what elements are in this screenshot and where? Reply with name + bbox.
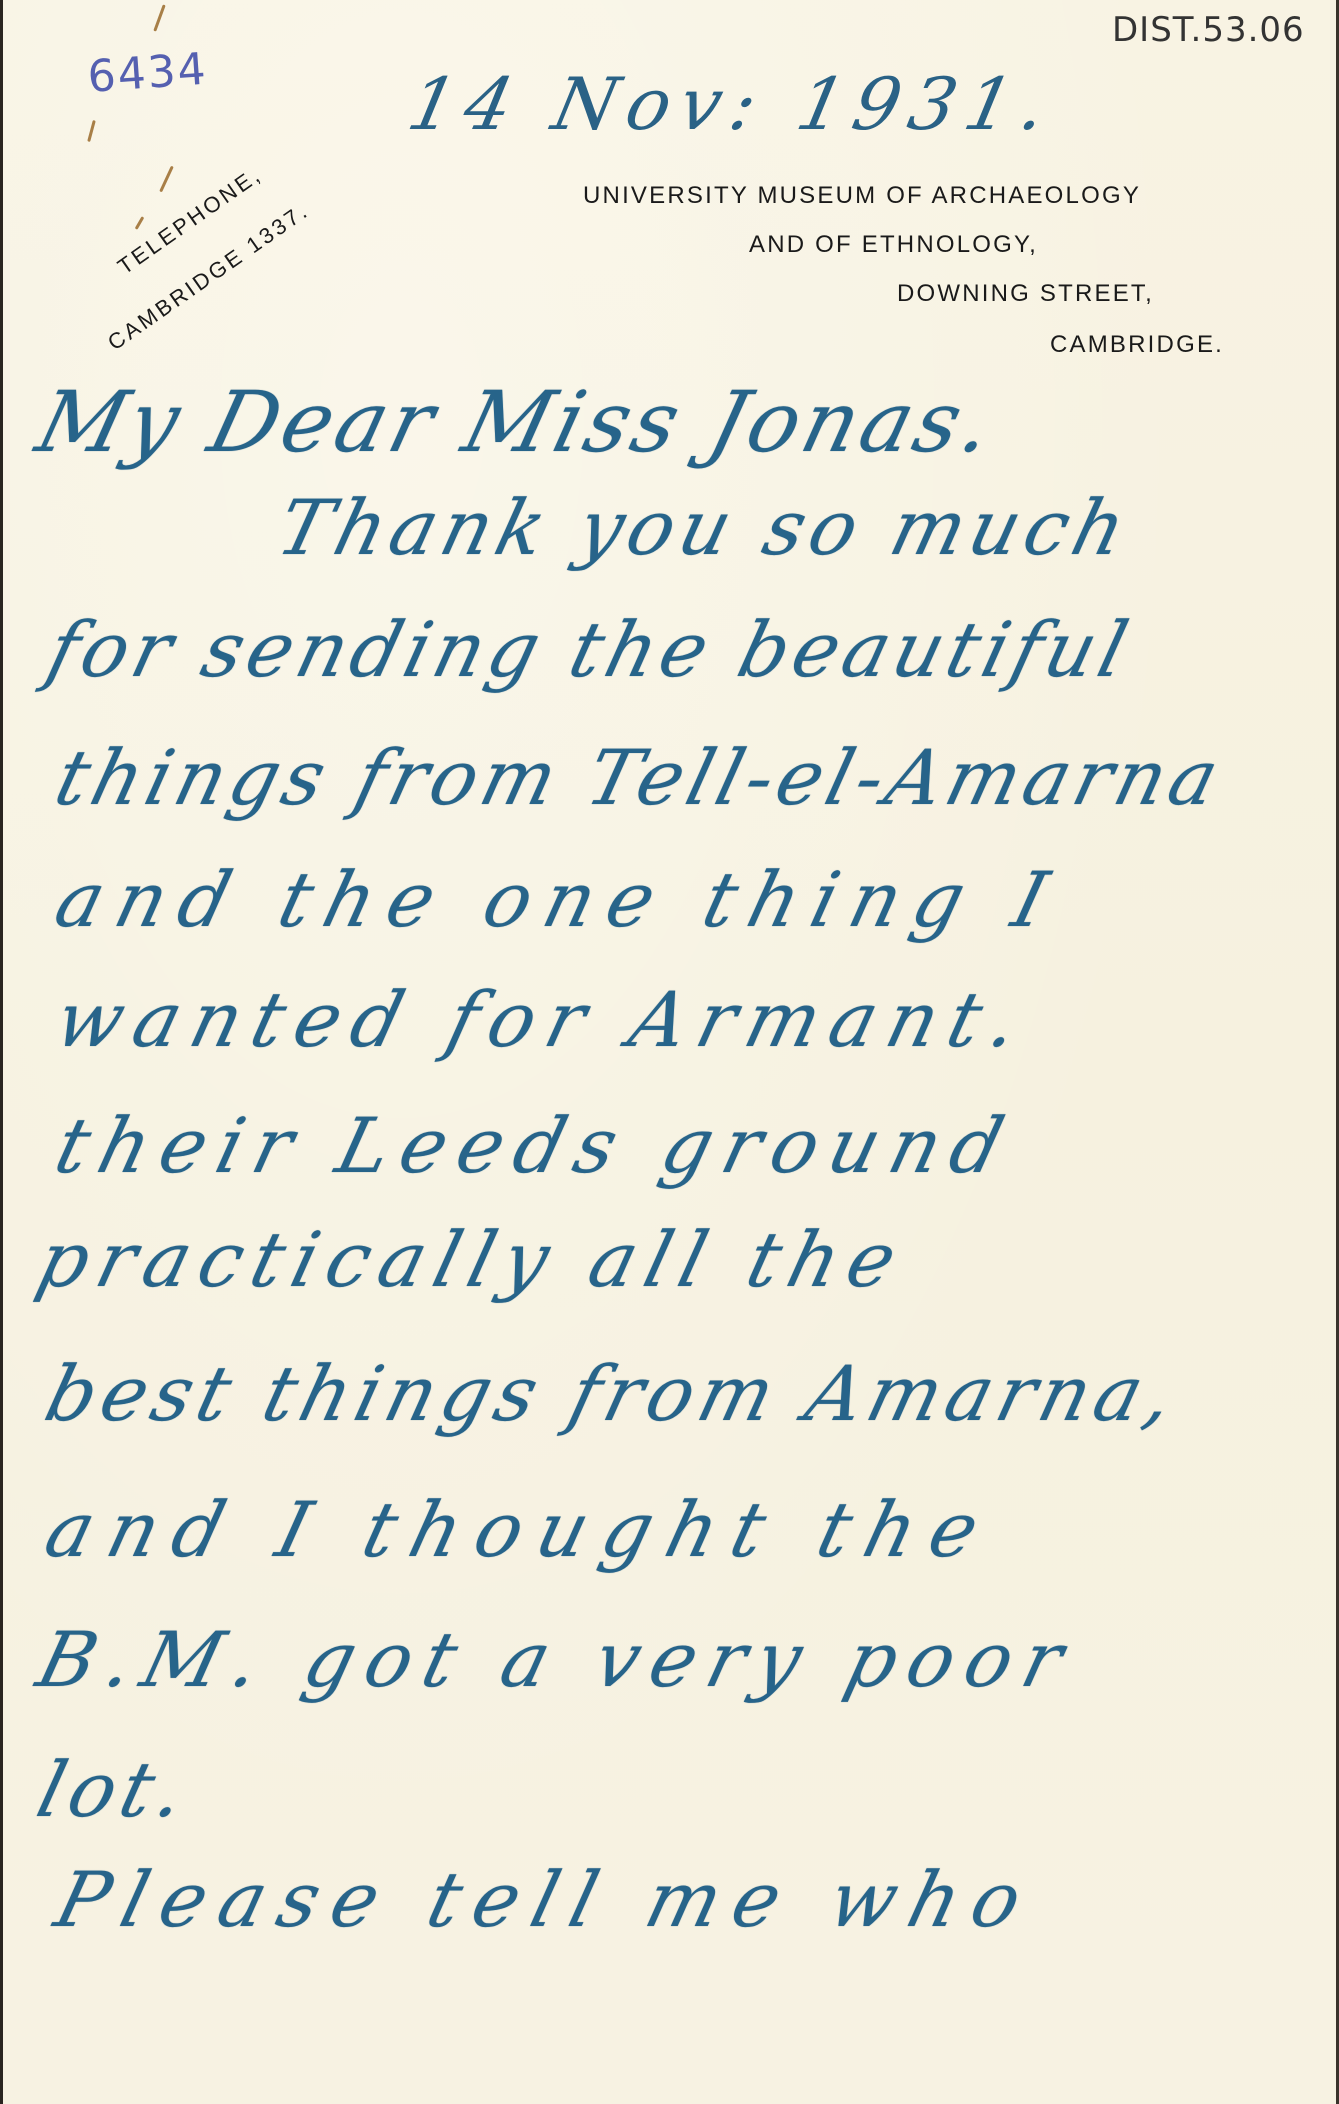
body-line: Thank you so much [271, 490, 1139, 566]
letterhead-institution: UNIVERSITY MUSEUM OF ARCHAEOLOGY [583, 184, 1141, 208]
letterhead-institution-cont: AND OF ETHNOLOGY, [749, 233, 1038, 257]
body-line: their Leeds ground [49, 1108, 1023, 1184]
body-line: things from Tell-el-Amarna [49, 740, 1231, 816]
body-line: practically all the [31, 1222, 914, 1298]
letter-date: 14 Nov: 1931. [401, 62, 1064, 146]
letterhead-street: DOWNING STREET, [897, 282, 1154, 306]
letter-page: 6434 DIST.53.06 14 Nov: 1931. TELEPHONE,… [0, 0, 1339, 2104]
body-line: wanted for Armant. [49, 982, 1038, 1058]
body-line: and I thought the [39, 1492, 1002, 1568]
body-line: lot. [31, 1752, 199, 1828]
body-line: for sending the beautiful [41, 612, 1140, 688]
rust-mark [153, 4, 165, 31]
body-line: and the one thing I [49, 862, 1069, 938]
pencil-reference-number: 6434 [86, 44, 209, 103]
body-line: B.M. got a very poor [31, 1622, 1082, 1698]
archive-reference: DIST.53.06 [1112, 10, 1305, 50]
body-line: best things from Amarna, [39, 1356, 1187, 1432]
left-scan-edge [0, 0, 3, 2104]
rust-mark [87, 120, 96, 142]
rust-mark [135, 216, 145, 230]
salutation: My Dear Miss Jonas. [30, 380, 1005, 464]
body-line: Please tell me who [49, 1862, 1043, 1938]
letterhead-city: CAMBRIDGE. [1050, 333, 1224, 357]
rust-mark [159, 166, 174, 193]
